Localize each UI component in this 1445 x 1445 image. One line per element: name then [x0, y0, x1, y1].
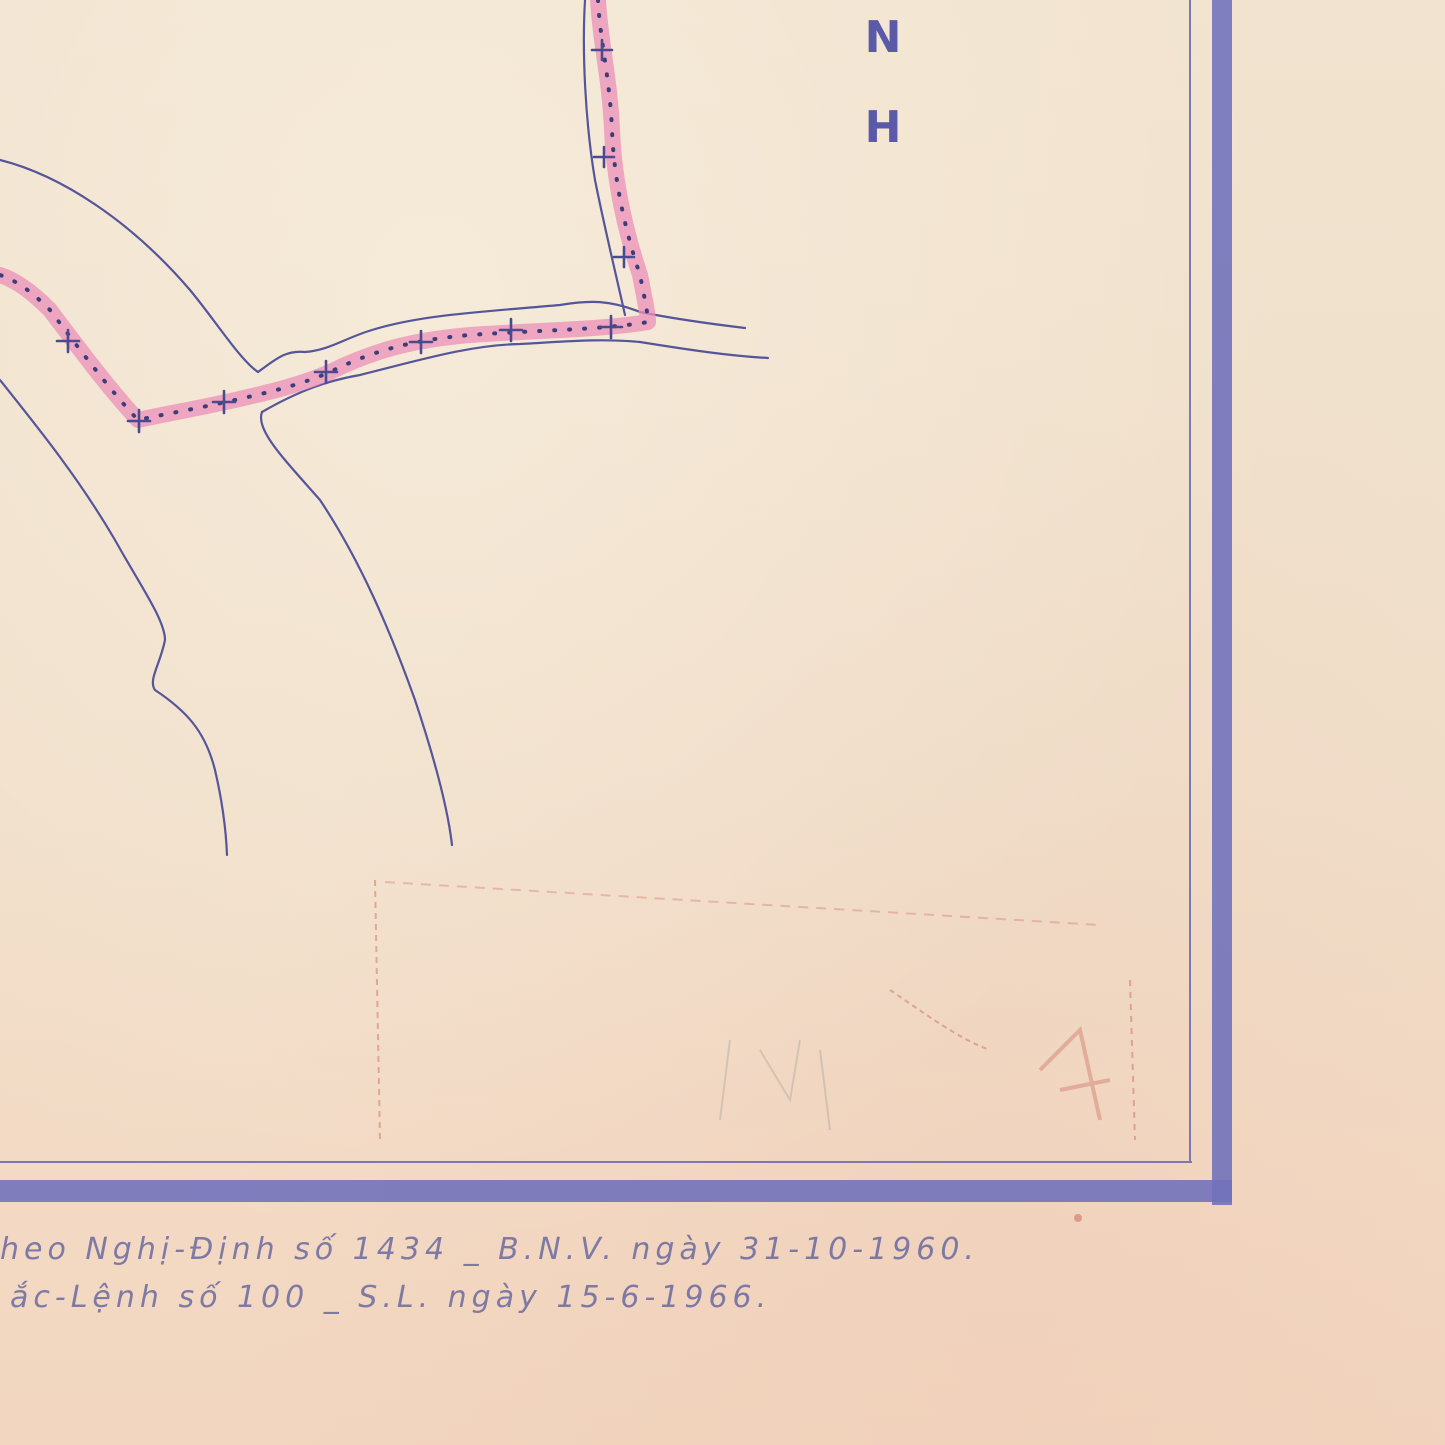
margin-letter-n: N — [858, 12, 908, 63]
footnote-decree-100: ắc-Lệnh số 100 _ S.L. ngày 15-6-1966. — [10, 1280, 771, 1315]
inner-frame — [0, 0, 1192, 1162]
footnote-decree-1434: heo Nghị-Định số 1434 _ B.N.V. ngày 31-1… — [0, 1232, 979, 1267]
stain-dot — [1074, 1214, 1082, 1222]
faded-stamp — [375, 880, 1135, 1140]
margin-letter-h: H — [858, 102, 908, 153]
boundary-band — [0, 0, 648, 420]
river-lines — [0, 0, 768, 855]
faded-pencil-mark — [720, 1040, 830, 1130]
map-drawing — [0, 0, 1445, 1445]
